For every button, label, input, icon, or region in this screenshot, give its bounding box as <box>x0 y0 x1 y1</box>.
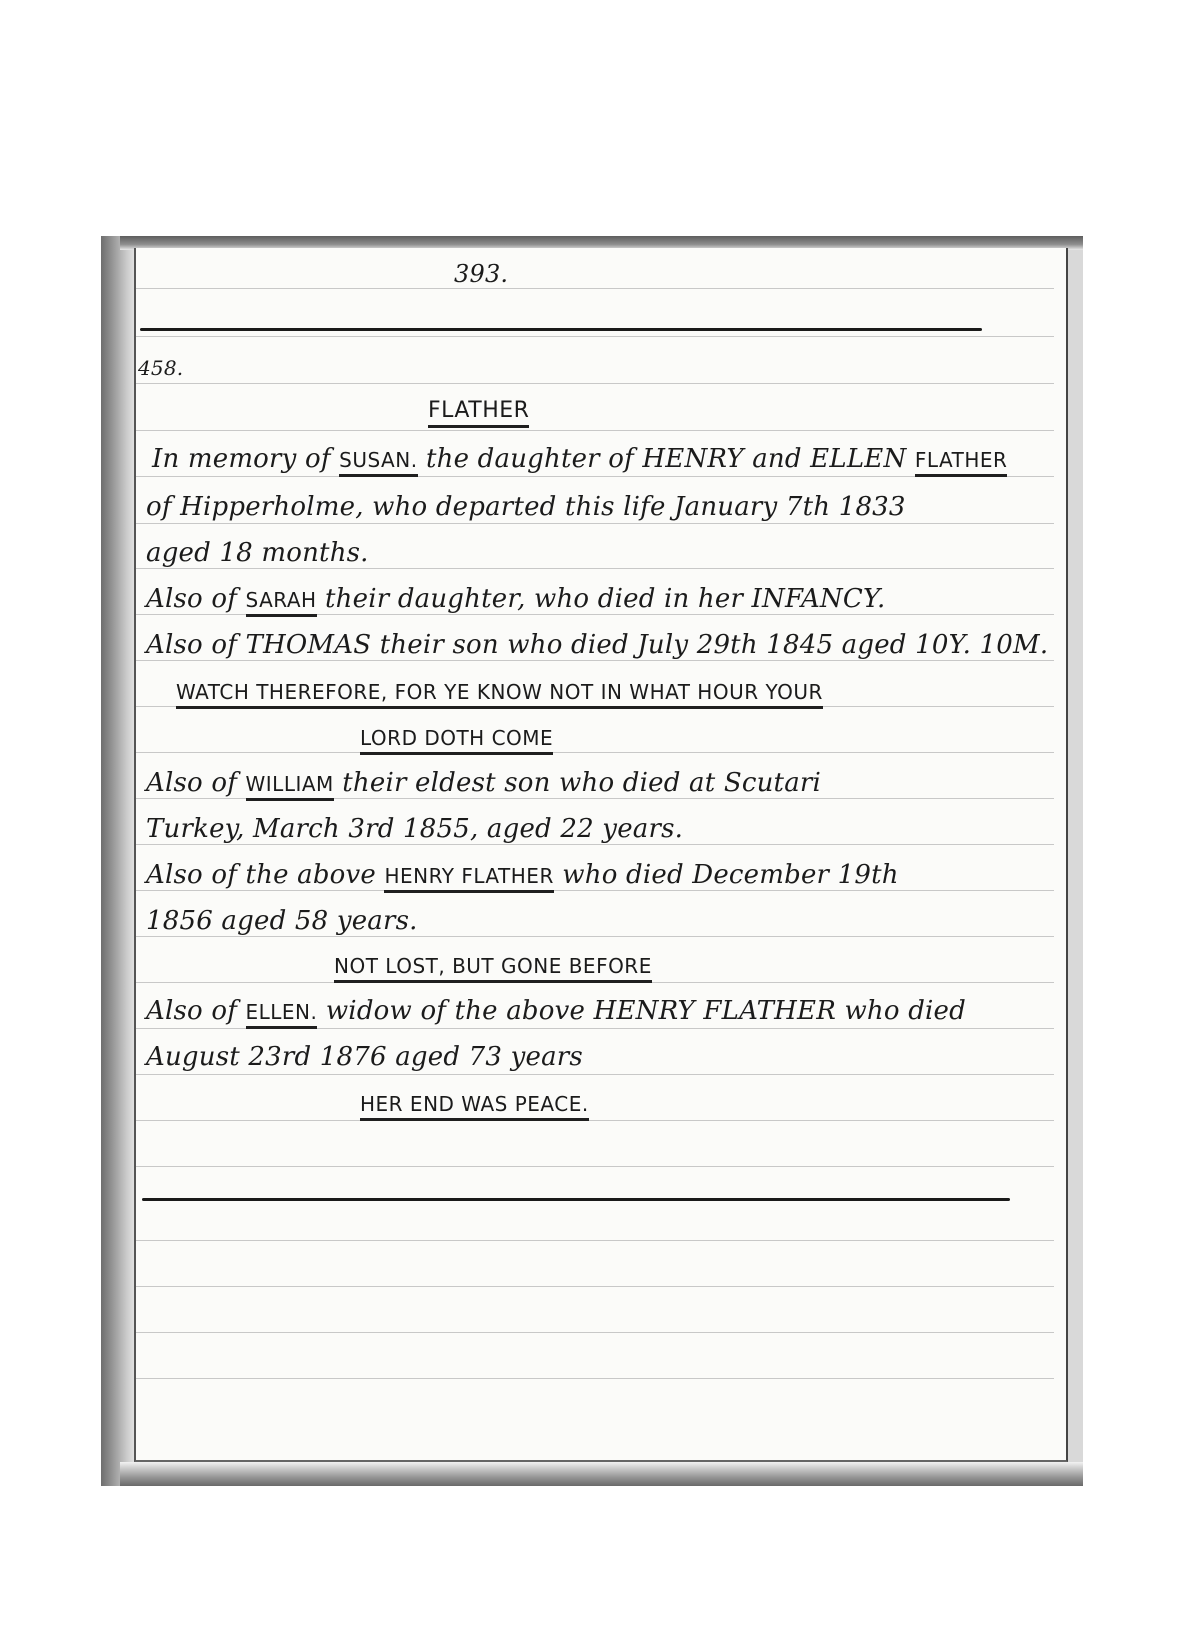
entry-end-divider <box>142 1198 1010 1201</box>
ruled-line <box>136 1074 1054 1075</box>
surname-heading: FLATHER <box>428 398 529 428</box>
motto-line-3: NOT LOST, BUT GONE BEFORE <box>334 954 652 983</box>
text: their eldest son who died at Scutari <box>334 768 821 798</box>
text: the daughter of HENRY and ELLEN <box>418 444 915 474</box>
ruled-line <box>136 936 1054 937</box>
text: Also of the above <box>146 860 384 890</box>
name-flather: FLATHER <box>915 448 1008 477</box>
ruled-line <box>136 523 1054 524</box>
text: widow of the above HENRY FLATHER who die… <box>317 996 966 1026</box>
inscription-line-5: Also of THOMAS their son who died July 2… <box>146 630 1048 660</box>
ruled-line <box>136 1166 1054 1167</box>
inscription-line-11: August 23rd 1876 aged 73 years <box>146 1042 583 1072</box>
inscription-line-6: Also of WILLIAM their eldest son who die… <box>146 768 821 798</box>
ruled-line <box>136 1120 1054 1121</box>
ruled-line <box>136 1240 1054 1241</box>
ruled-line <box>136 1332 1054 1333</box>
inscription-line-1: In memory of SUSAN. the daughter of HENR… <box>152 444 1007 474</box>
inscription-line-8: Also of the above HENRY FLATHER who died… <box>146 860 899 890</box>
entry-number: 458. <box>138 356 183 380</box>
header-divider <box>140 328 982 331</box>
text: In memory of <box>152 444 339 474</box>
ruled-line <box>136 660 1054 661</box>
ruled-line <box>136 1286 1054 1287</box>
ruled-line <box>136 844 1054 845</box>
text: Also of <box>146 996 246 1026</box>
motto-line-1: WATCH THEREFORE, FOR YE KNOW NOT IN WHAT… <box>176 680 823 709</box>
inscription-line-3: aged 18 months. <box>146 538 369 568</box>
inscription-line-4: Also of SARAH their daughter, who died i… <box>146 584 885 614</box>
text: Also of <box>146 584 246 614</box>
ruled-line <box>136 288 1054 289</box>
name-sarah: SARAH <box>246 588 317 617</box>
ruled-line <box>136 890 1054 891</box>
inscription-line-2: of Hipperholme, who departed this life J… <box>146 492 906 522</box>
text: Also of <box>146 768 246 798</box>
page-bottom-edge <box>120 1462 1083 1486</box>
name-henry-flather: HENRY FLATHER <box>384 864 553 893</box>
motto-line-2: LORD DOTH COME <box>360 726 553 755</box>
text: their daughter, who died in her INFANCY. <box>317 584 886 614</box>
register-page: 393. 458. FLATHER In memory of SUSAN. th… <box>134 248 1068 1462</box>
name-william: WILLIAM <box>246 772 334 801</box>
name-ellen: ELLEN. <box>246 1000 318 1029</box>
book-spine-shadow <box>101 236 137 1486</box>
ruled-line <box>136 383 1054 384</box>
ruled-line <box>136 752 1054 753</box>
name-susan: SUSAN. <box>339 448 417 477</box>
text: who died December 19th <box>554 860 899 890</box>
ruled-line <box>136 1378 1054 1379</box>
ruled-line <box>136 336 1054 337</box>
ruled-line <box>136 430 1054 431</box>
inscription-line-9: 1856 aged 58 years. <box>146 906 418 936</box>
inscription-line-10: Also of ELLEN. widow of the above HENRY … <box>146 996 966 1026</box>
page-number: 393. <box>454 260 508 288</box>
inscription-line-7: Turkey, March 3rd 1855, aged 22 years. <box>146 814 683 844</box>
ruled-line <box>136 568 1054 569</box>
motto-line-4: HER END WAS PEACE. <box>360 1092 589 1121</box>
